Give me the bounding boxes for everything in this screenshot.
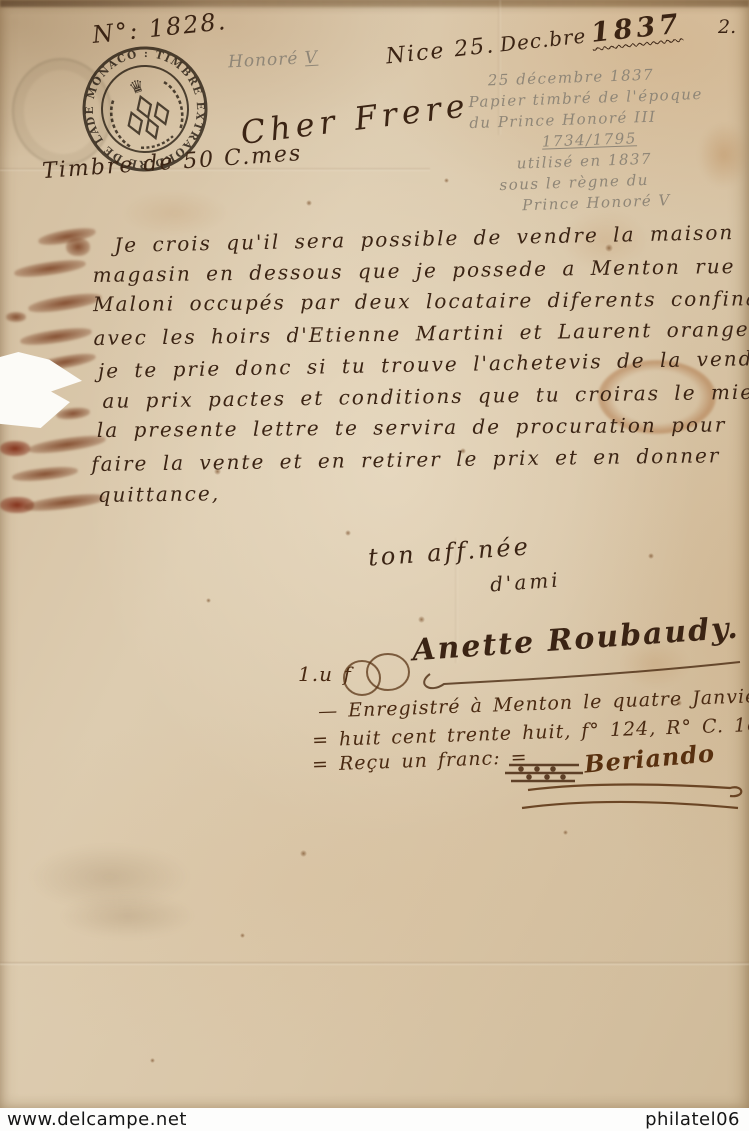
fox-spot (300, 850, 307, 857)
fold-crease (0, 962, 749, 965)
fox-spot (206, 598, 211, 603)
paper-wrinkle (55, 892, 200, 940)
page-number: 2. (718, 16, 736, 38)
scanned-letter-page: ♛ DE MONACO : TIMBRE EXTRAORD.RE DE LA P… (0, 0, 749, 1131)
ink-smudge (6, 312, 26, 322)
scan-watermark-strip: www.delcampe.net philatel06 (0, 1108, 749, 1131)
fox-spot (418, 616, 425, 623)
signature-flourish (400, 648, 749, 688)
fox-spot (563, 830, 568, 835)
fox-spot (444, 178, 449, 183)
fox-spot (648, 553, 654, 559)
letter-body: Je crois qu'il sera possible de vendre l… (86, 221, 749, 515)
fox-spot (306, 200, 312, 206)
delcampe-watermark: www.delcampe.net (7, 1109, 187, 1130)
fox-spot (345, 530, 351, 536)
collector-annotations: 25 décembre 1837 Papier timbré de l'époq… (468, 64, 707, 219)
honore-word: Honoré (228, 49, 299, 73)
paper-torn-top-edge (0, 0, 749, 7)
fox-spot (150, 1058, 155, 1063)
body-line: Maloni occupés par deux locataire difere… (93, 286, 749, 324)
body-line: la presente lettre te servira de procura… (97, 412, 749, 450)
registrar-paraph (520, 782, 745, 818)
honore-numeral: V (304, 48, 318, 69)
ink-smudge (0, 441, 30, 456)
fox-spot (240, 933, 245, 938)
philatel06-watermark: philatel06 (645, 1109, 740, 1130)
registration-flourish (338, 652, 433, 700)
closing-line: d'ami (489, 568, 561, 597)
crown-icon: ♛ (127, 75, 148, 99)
